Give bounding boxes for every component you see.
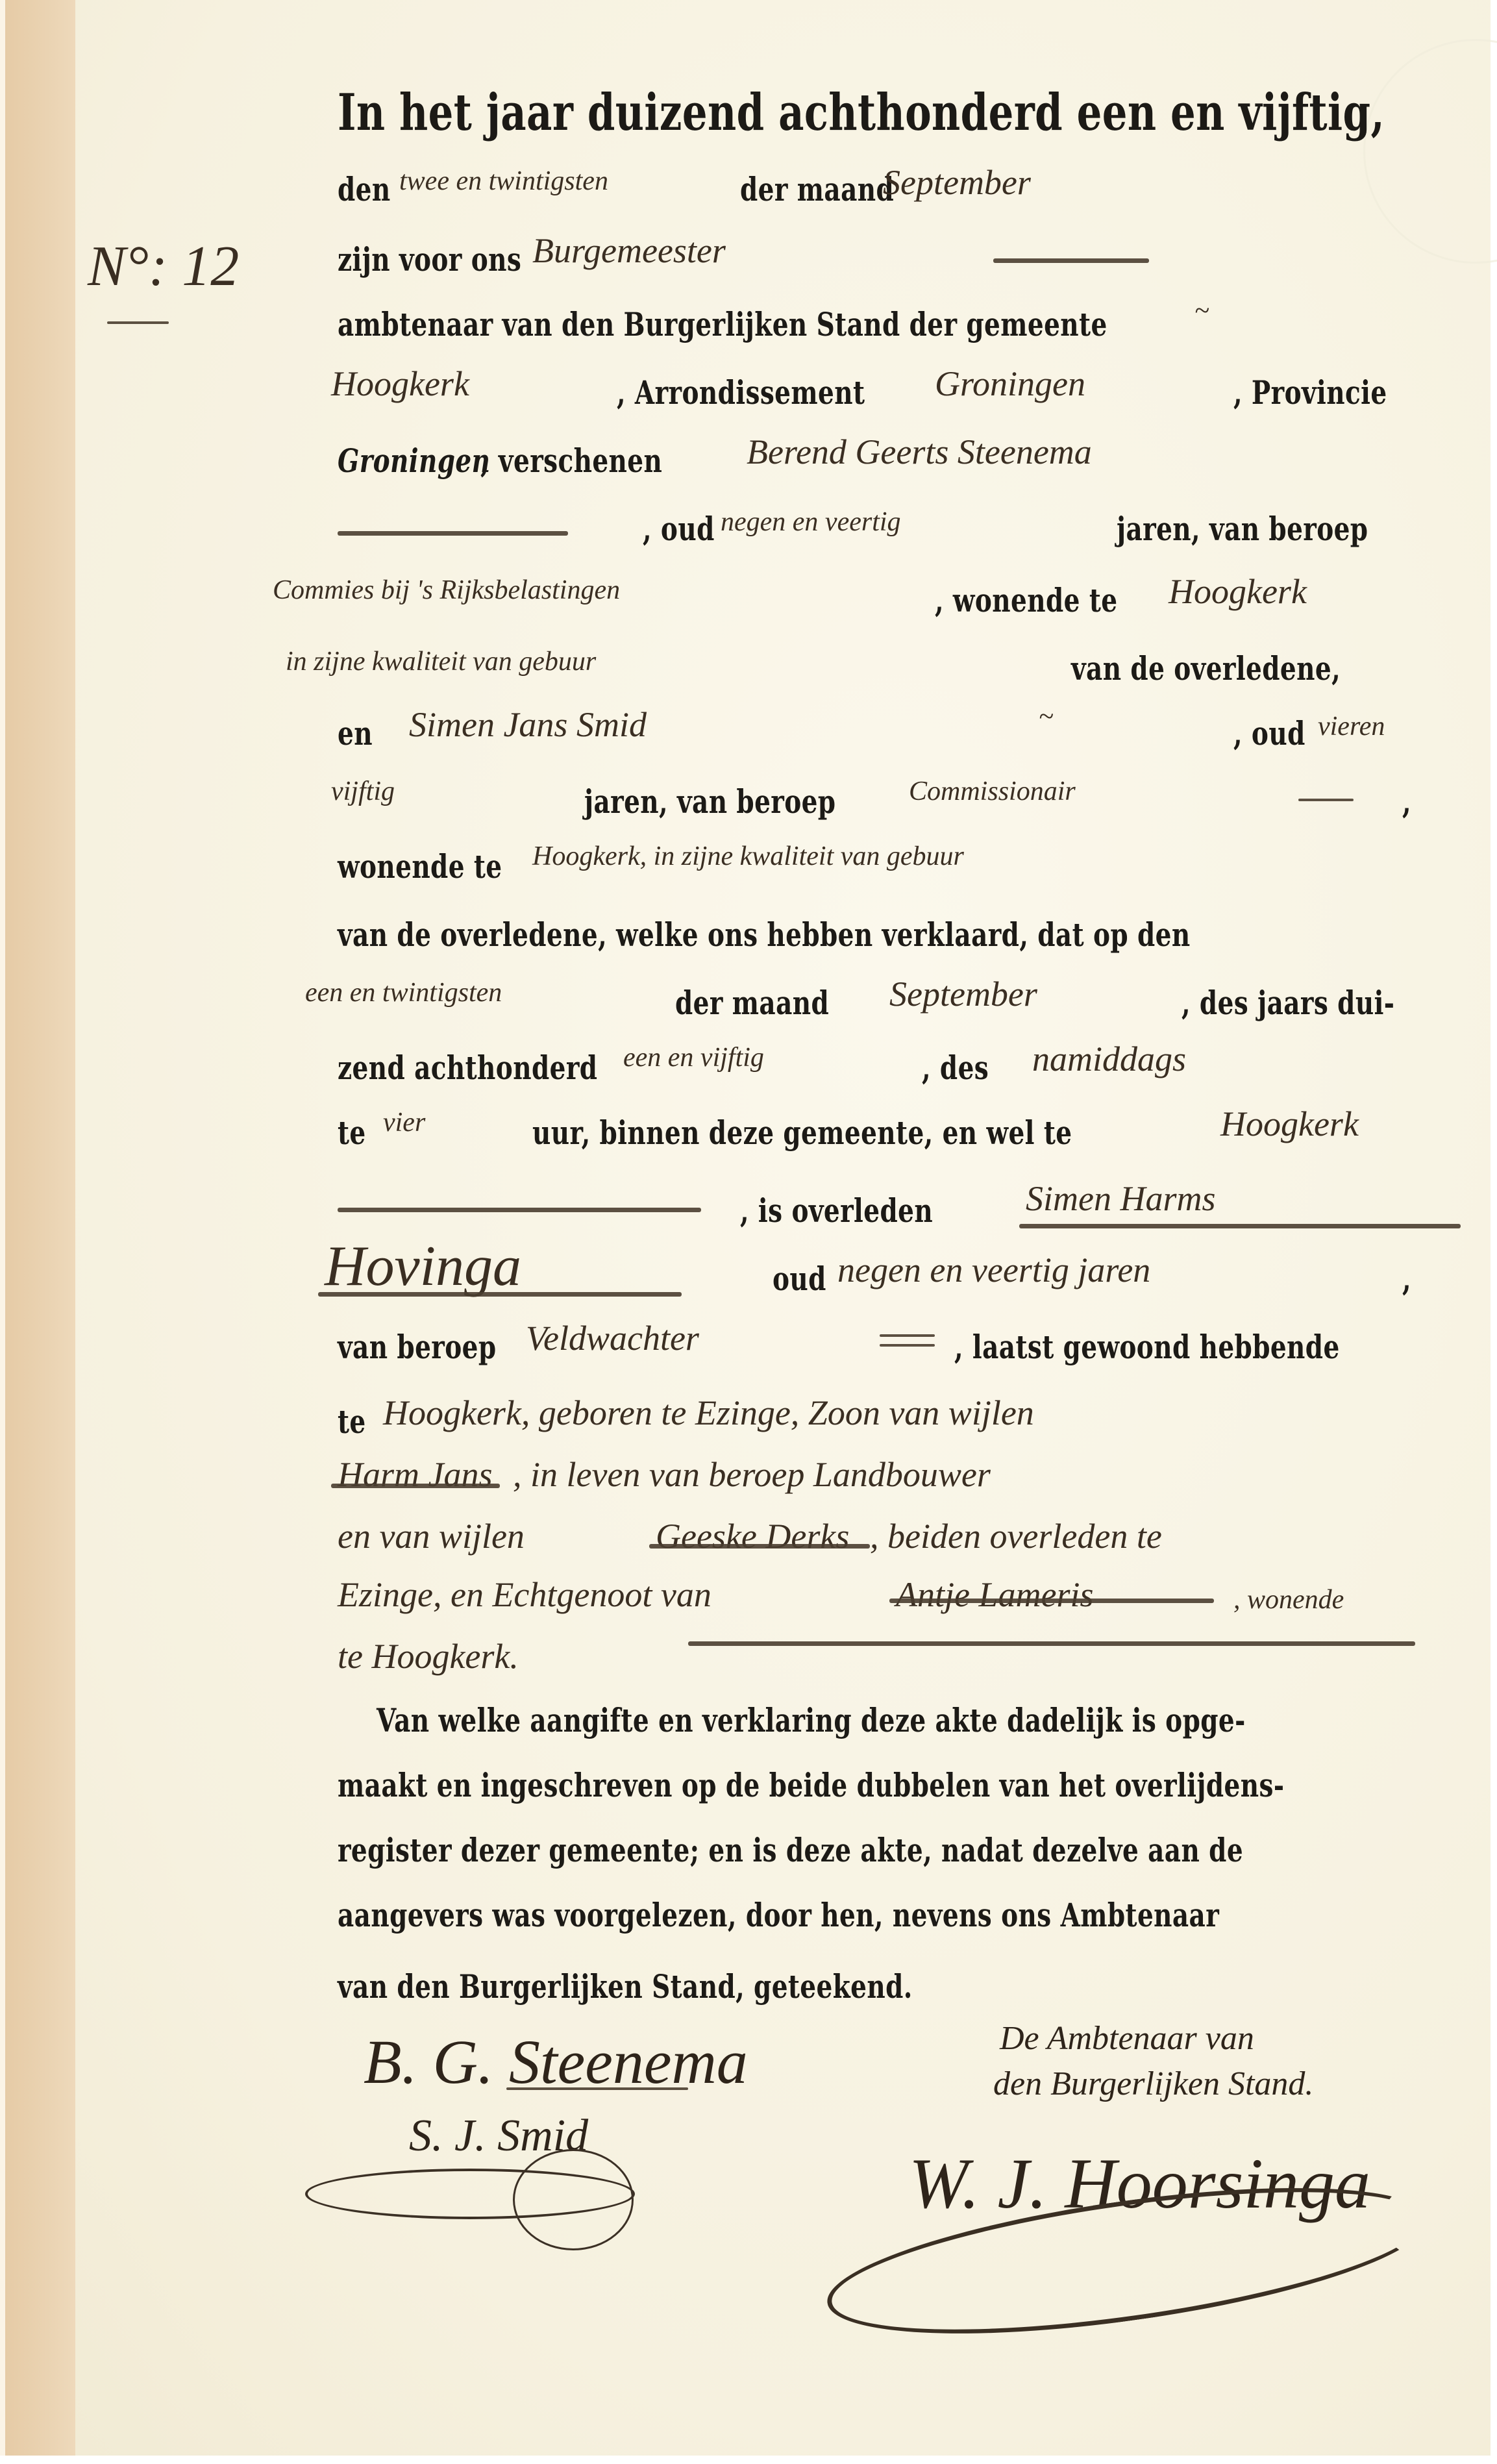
printed-verklaard: van de overledene, welke ons hebben verk… xyxy=(338,915,1191,954)
handwritten-death-month: September xyxy=(889,974,1037,1014)
deceased-name-underline xyxy=(1019,1224,1461,1228)
printed-oud: , oud xyxy=(643,510,715,548)
printed-des: , des xyxy=(922,1049,989,1087)
signature-underline xyxy=(506,2087,688,2090)
handwritten-en-van-wijlen: en van wijlen xyxy=(338,1516,525,1556)
printed-text: In het jaar duizend achthonderd een en v… xyxy=(338,83,1385,142)
filler-rule xyxy=(338,531,568,536)
handwritten-day: twee en twintigsten xyxy=(399,166,608,197)
handwritten-witness2-occupation: Commissionair xyxy=(909,776,1076,807)
handwritten-deceased-occupation: Veldwachter xyxy=(526,1318,699,1358)
left-margin-strip xyxy=(5,0,75,2456)
printed-provincie-name: Groningen xyxy=(338,442,490,480)
printed-provincie: , Provincie xyxy=(1233,373,1387,412)
printed-arrondissement: , Arrondissement xyxy=(617,373,865,412)
handwritten-residence-birthplace: Hoogkerk, geboren te Ezinge, Zoon van wi… xyxy=(383,1393,1034,1433)
printed-der-maand: der maand xyxy=(740,170,894,208)
handwritten-time-of-day: namiddags xyxy=(1032,1039,1186,1079)
printed-jaren-van-beroep: jaren, van beroep xyxy=(584,782,835,821)
printed-wonende-te: wonende te xyxy=(338,847,502,886)
handwritten-witness1-relation: in zijne kwaliteit van gebuur xyxy=(286,646,596,677)
official-caption-line2: den Burgerlijken Stand. xyxy=(993,2065,1313,2103)
official-caption-line1: De Ambtenaar van xyxy=(1000,2019,1254,2058)
handwritten-witness2-age-b: vijftig xyxy=(331,776,395,807)
printed-oud: oud xyxy=(773,1260,826,1298)
record-number-underline xyxy=(107,321,169,324)
page-edge xyxy=(0,0,5,2456)
filler-rule xyxy=(880,1334,935,1337)
filler-tilde: ~ xyxy=(1039,701,1054,732)
printed-zijn-voor-ons: zijn voor ons xyxy=(338,240,521,279)
handwritten-witness2-age-a: vieren xyxy=(1318,711,1385,742)
printed-jaren-van-beroep: jaren, van beroep xyxy=(1117,510,1368,548)
printed-der-maand: der maand xyxy=(675,984,829,1022)
handwritten-witness2-residence: Hoogkerk, in zijne kwaliteit van gebuur xyxy=(532,841,964,872)
printed-comma: , xyxy=(1402,782,1411,821)
printed-verschenen: , verschenen xyxy=(480,442,662,480)
deceased-surname-underline xyxy=(318,1292,682,1297)
handwritten-father-occupation: , in leven van beroep Landbouwer xyxy=(513,1454,991,1495)
filler-rule xyxy=(993,258,1149,263)
handwritten-spouse-name: Antje Lameris xyxy=(896,1574,1094,1615)
handwritten-deceased-age: negen en veertig jaren xyxy=(837,1250,1150,1290)
handwritten-father-name: Harm Jans xyxy=(338,1454,493,1495)
printed-oud: , oud xyxy=(1233,714,1305,753)
handwritten-witness1-residence: Hoogkerk xyxy=(1169,571,1307,612)
printed-closing-5: van den Burgerlijken Stand, geteekend. xyxy=(338,1967,913,2006)
filler-rule xyxy=(338,1208,701,1212)
handwritten-witness1-name: Berend Geerts Steenema xyxy=(747,432,1092,472)
printed-te: te xyxy=(338,1114,366,1152)
handwritten-deceased-surname: Hovinga xyxy=(325,1234,521,1299)
handwritten-month: September xyxy=(883,162,1031,203)
printed-den: den xyxy=(338,170,391,208)
printed-uur-binnen: uur, binnen deze gemeente, en wel te xyxy=(532,1114,1072,1152)
record-number: N°: 12 xyxy=(88,234,239,299)
handwritten-death-day: een en twintigsten xyxy=(305,977,502,1008)
printed-des-jaars: , des jaars dui- xyxy=(1182,984,1394,1022)
printed-te: te xyxy=(338,1402,366,1441)
handwritten-death-place: Hoogkerk xyxy=(1220,1104,1359,1144)
signature-flourish xyxy=(513,2149,634,2250)
handwritten-gemeente: Hoogkerk xyxy=(331,364,469,404)
printed-closing-1: Van welke aangifte en verklaring deze ak… xyxy=(377,1701,1246,1739)
handwritten-spouse-residence: te Hoogkerk. xyxy=(338,1636,519,1676)
printed-laatst-gewoond: , laatst gewoond hebbende xyxy=(954,1328,1340,1366)
printed-van-beroep: van beroep xyxy=(338,1328,496,1366)
handwritten-title: Burgemeester xyxy=(532,230,726,271)
filler-tilde: ~ xyxy=(1194,295,1209,327)
printed-zend-achthonderd: zend achthonderd xyxy=(338,1049,597,1087)
spouse-name-underline xyxy=(889,1599,1214,1603)
printed-line-1: In het jaar duizend achthonderd een en v… xyxy=(338,88,1385,138)
handwritten-echtgenoot: Ezinge, en Echtgenoot van xyxy=(338,1574,711,1615)
printed-closing-4: aangevers was voorgelezen, door hen, nev… xyxy=(338,1896,1219,1934)
handwritten-witness2-name: Simen Jans Smid xyxy=(409,704,647,745)
filler-rule xyxy=(1298,799,1354,801)
handwritten-mother-name: Geeske Derks xyxy=(656,1516,849,1556)
printed-van-de-overledene: van de overledene, xyxy=(1071,649,1341,688)
handwritten-death-year: een en vijftig xyxy=(623,1042,764,1073)
filler-rule xyxy=(880,1344,935,1347)
handwritten-hour: vier xyxy=(383,1107,425,1138)
closing-rule xyxy=(688,1641,1415,1646)
printed-closing-3: register dezer gemeente; en is deze akte… xyxy=(338,1831,1243,1869)
handwritten-deceased-first-names: Simen Harms xyxy=(1026,1178,1216,1219)
printed-is-overleden: , is overleden xyxy=(740,1191,933,1230)
document-page: N°: 12 In het jaar duizend achthonderd e… xyxy=(0,0,1491,2456)
printed-comma: , xyxy=(1402,1260,1411,1298)
printed-ambtenaar: ambtenaar van den Burgerlijken Stand der… xyxy=(338,305,1107,343)
handwritten-wonende: , wonende xyxy=(1233,1584,1344,1615)
printed-closing-2: maakt en ingeschreven op de beide dubbel… xyxy=(338,1766,1284,1804)
seal-watermark xyxy=(1363,39,1497,264)
printed-en: en xyxy=(338,714,373,753)
handwritten-beiden-overleden: , beiden overleden te xyxy=(870,1516,1162,1556)
handwritten-witness1-age: negen en veertig xyxy=(721,506,901,538)
printed-wonende-te: , wonende te xyxy=(935,581,1117,619)
handwritten-arrondissement: Groningen xyxy=(935,364,1085,404)
mother-name-underline xyxy=(649,1544,870,1549)
handwritten-witness1-occupation: Commies bij 's Rijksbelastingen xyxy=(273,575,620,606)
father-name-underline xyxy=(331,1484,500,1488)
